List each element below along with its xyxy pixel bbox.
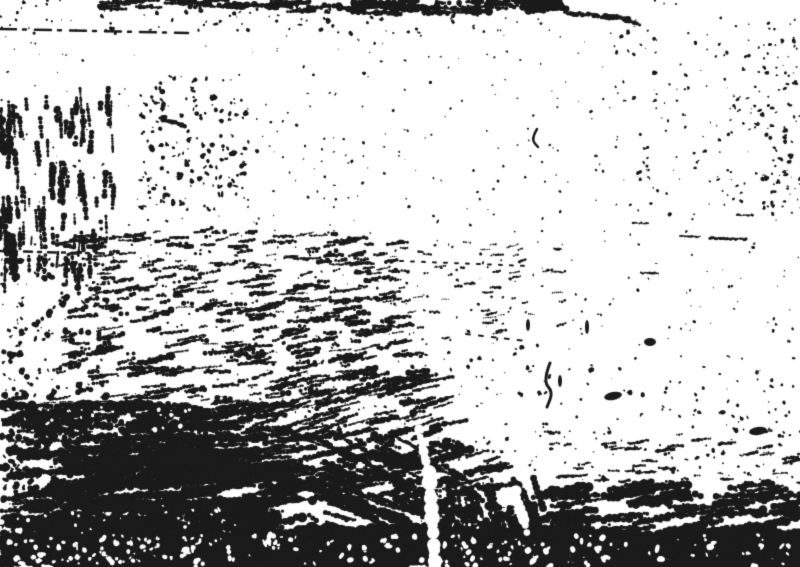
grunge-texture: [0, 0, 800, 567]
grunge-texture-canvas: [0, 0, 800, 567]
